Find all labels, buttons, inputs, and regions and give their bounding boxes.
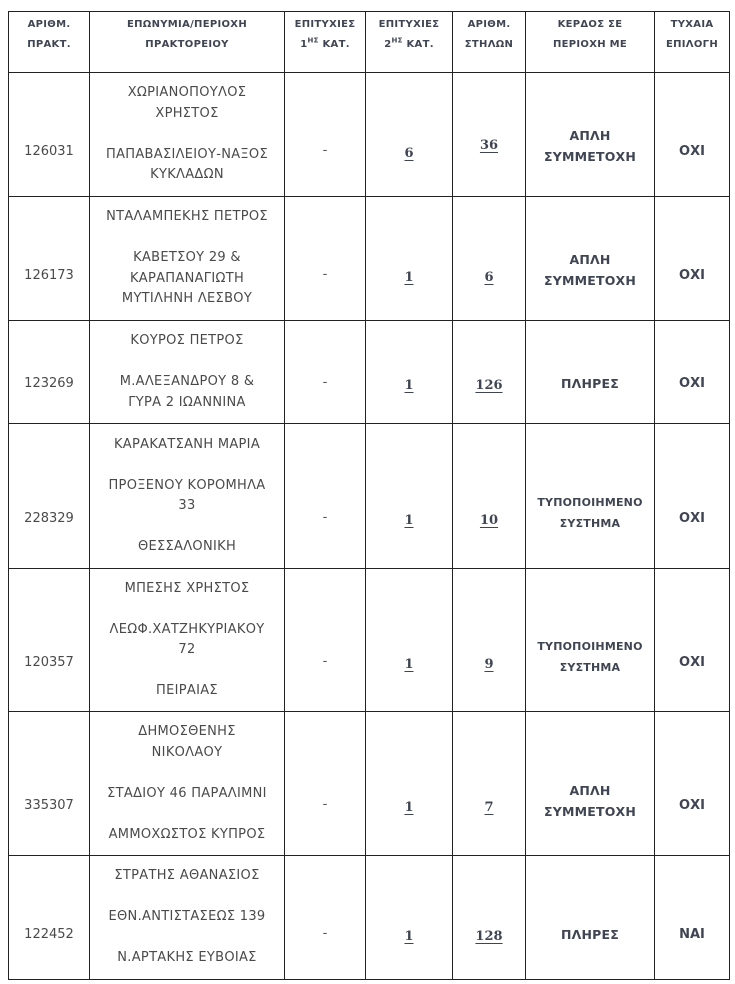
header-agency-code: ΑΡΙΘΜ. ΠΡΑΚΤ. <box>9 12 90 73</box>
agency-address-line: ΑΜΜΟΧΩΣΤΟΣ ΚΥΠΡΟΣ <box>94 825 280 846</box>
agency-address-line: ΚΑΡΑΠΑΝΑΓΙΩΤΗ <box>94 269 280 290</box>
table-row: 126173ΝΤΑΛΑΜΠΕΚΗΣ ΠΕΤΡΟΣΚΑΒΕΤΣΟΥ 29 &ΚΑΡ… <box>9 197 730 321</box>
column-count-link[interactable]: 9 <box>484 657 493 672</box>
agency-address-line: ΚΥΚΛΑΔΩΝ <box>94 165 280 186</box>
gain-type-cell: ΑΠΛΗΣΥΜΜΕΤΟΧΗ <box>526 197 655 321</box>
column-count-link[interactable]: 10 <box>480 513 498 528</box>
gain-type: ΣΥΣΤΗΜΑ <box>530 513 650 534</box>
agency-address-line: ΛΕΩΦ.ΧΑΤΖΗΚΥΡΙΑΚΟΥ <box>94 620 280 641</box>
first-category-wins: - <box>323 375 328 390</box>
agency-name-cell: ΧΩΡΙΑΝΟΠΟΥΛΟΣΧΡΗΣΤΟΣΠΑΠΑΒΑΣΙΛΕΙΟΥ-ΝΑΞΟΣΚ… <box>90 73 285 197</box>
table-row: 228329ΚΑΡΑΚΑΤΣΑΝΗ ΜΑΡΙΑΠΡΟΞΕΝΟΥ ΚΟΡΟΜΗΛΑ… <box>9 424 730 569</box>
agency-address-line: ΜΥΤΙΛΗΝΗ ΛΕΣΒΟΥ <box>94 289 280 310</box>
second-category-wins-link[interactable]: 1 <box>404 513 413 528</box>
agency-name: ΔΗΜΟΣΘΕΝΗΣ <box>94 722 280 743</box>
line-gap <box>94 599 280 620</box>
agency-code-cell: 228329 <box>9 424 90 569</box>
second-category-wins-cell: 1 <box>366 569 453 712</box>
agency-code-cell: 120357 <box>9 569 90 712</box>
second-category-wins-cell: 1 <box>366 197 453 321</box>
gain-type: ΤΥΠΟΠΟΙΗΜΕΝΟ <box>530 636 650 657</box>
agency-code-cell: 123269 <box>9 321 90 424</box>
first-category-wins-cell: - <box>285 73 366 197</box>
header-agency-name: ΕΠΩΝΥΜΙΑ/ΠΕΡΙΟΧΗ ΠΡΑΚΤΟΡΕΙΟΥ <box>90 12 285 73</box>
gain-type: ΠΛΗΡΕΣ <box>530 373 650 394</box>
random-pick-cell: ΟΧΙ <box>655 424 730 569</box>
random-pick-cell: ΟΧΙ <box>655 712 730 856</box>
table-row: 126031ΧΩΡΙΑΝΟΠΟΥΛΟΣΧΡΗΣΤΟΣΠΑΠΑΒΑΣΙΛΕΙΟΥ-… <box>9 73 730 197</box>
column-count-cell: 10 <box>453 424 526 569</box>
random-pick: ΟΧΙ <box>679 376 705 391</box>
agency-name-cell: ΚΟΥΡΟΣ ΠΕΤΡΟΣΜ.ΑΛΕΞΑΝΔΡΟΥ 8 &ΓΥΡΑ 2 ΙΩΑΝ… <box>90 321 285 424</box>
gain-type-cell: ΑΠΛΗΣΥΜΜΕΤΟΧΗ <box>526 73 655 197</box>
agency-name-cell: ΜΠΕΣΗΣ ΧΡΗΣΤΟΣΛΕΩΦ.ΧΑΤΖΗΚΥΡΙΑΚΟΥ72ΠΕΙΡΑΙ… <box>90 569 285 712</box>
agency-name-cell: ΚΑΡΑΚΑΤΣΑΝΗ ΜΑΡΙΑΠΡΟΞΕΝΟΥ ΚΟΡΟΜΗΛΑ33ΘΕΣΣ… <box>90 424 285 569</box>
gain-type: ΣΥΜΜΕΤΟΧΗ <box>530 270 650 291</box>
agency-code: 335307 <box>24 798 74 813</box>
table-row: 120357ΜΠΕΣΗΣ ΧΡΗΣΤΟΣΛΕΩΦ.ΧΑΤΖΗΚΥΡΙΑΚΟΥ72… <box>9 569 730 712</box>
column-count-cell: 128 <box>453 856 526 980</box>
gain-type: ΑΠΛΗ <box>530 125 650 146</box>
agency-name: ΚΑΡΑΚΑΤΣΑΝΗ ΜΑΡΙΑ <box>94 435 280 456</box>
gain-type: ΤΥΠΟΠΟΙΗΜΕΝΟ <box>530 492 650 513</box>
table-row: 123269ΚΟΥΡΟΣ ΠΕΤΡΟΣΜ.ΑΛΕΞΑΝΔΡΟΥ 8 &ΓΥΡΑ … <box>9 321 730 424</box>
header-second-category-wins: ΕΠΙΤΥΧΙΕΣ 2ΗΣ ΚΑΤ. <box>366 12 453 73</box>
first-category-wins: - <box>323 143 328 158</box>
random-pick-cell: ΟΧΙ <box>655 569 730 712</box>
column-count-cell: 6 <box>453 197 526 321</box>
column-count-link[interactable]: 36 <box>480 138 498 153</box>
line-gap <box>94 804 280 825</box>
second-category-wins-link[interactable]: 1 <box>404 657 413 672</box>
first-category-wins-cell: - <box>285 424 366 569</box>
agency-code: 126031 <box>24 144 74 159</box>
column-count-cell: 126 <box>453 321 526 424</box>
first-category-wins: - <box>323 926 328 941</box>
line-gap <box>94 928 280 949</box>
gain-type: ΠΛΗΡΕΣ <box>530 924 650 945</box>
gain-type-cell: ΠΛΗΡΕΣ <box>526 321 655 424</box>
agency-code: 123269 <box>24 376 74 391</box>
gain-type-cell: ΤΥΠΟΠΟΙΗΜΕΝΟΣΥΣΤΗΜΑ <box>526 424 655 569</box>
agency-name: ΧΩΡΙΑΝΟΠΟΥΛΟΣ <box>94 83 280 104</box>
second-category-wins-link[interactable]: 6 <box>404 146 413 161</box>
header-first-category-wins: ΕΠΙΤΥΧΙΕΣ 1ΗΣ ΚΑΤ. <box>285 12 366 73</box>
agency-code-cell: 122452 <box>9 856 90 980</box>
column-count-link[interactable]: 7 <box>484 800 493 815</box>
gain-type: ΣΥΜΜΕΤΟΧΗ <box>530 146 650 167</box>
line-gap <box>94 517 280 538</box>
header-gain-type: ΚΕΡΔΟΣ ΣΕ ΠΕΡΙΟΧΗ ΜΕ <box>526 12 655 73</box>
random-pick-cell: ΟΧΙ <box>655 321 730 424</box>
agency-address-line: 72 <box>94 640 280 661</box>
second-category-wins-cell: 6 <box>366 73 453 197</box>
gain-type: ΣΥΣΤΗΜΑ <box>530 657 650 678</box>
second-category-wins-link[interactable]: 1 <box>404 378 413 393</box>
line-gap <box>94 455 280 476</box>
line-gap <box>94 228 280 249</box>
column-count-link[interactable]: 128 <box>475 929 502 944</box>
first-category-wins: - <box>323 797 328 812</box>
column-count-link[interactable]: 126 <box>475 378 502 393</box>
agency-code: 228329 <box>24 511 74 526</box>
agency-name: ΚΟΥΡΟΣ ΠΕΤΡΟΣ <box>94 331 280 352</box>
agency-address-line: 33 <box>94 496 280 517</box>
agency-name: ΝΤΑΛΑΜΠΕΚΗΣ ΠΕΤΡΟΣ <box>94 207 280 228</box>
gain-type-cell: ΤΥΠΟΠΟΙΗΜΕΝΟΣΥΣΤΗΜΑ <box>526 569 655 712</box>
agency-address-line: ΘΕΣΣΑΛΟΝΙΚΗ <box>94 537 280 558</box>
agency-address-line: ΠΑΠΑΒΑΣΙΛΕΙΟΥ-ΝΑΞΟΣ <box>94 145 280 166</box>
second-category-wins-cell: 1 <box>366 856 453 980</box>
first-category-wins-cell: - <box>285 569 366 712</box>
agency-address-line: ΠΡΟΞΕΝΟΥ ΚΟΡΟΜΗΛΑ <box>94 476 280 497</box>
agency-code: 122452 <box>24 927 74 942</box>
agency-code-cell: 126173 <box>9 197 90 321</box>
first-category-wins: - <box>323 267 328 282</box>
agency-address-line: ΓΥΡΑ 2 ΙΩΑΝΝΙΝΑ <box>94 393 280 414</box>
gain-type: ΣΥΜΜΕΤΟΧΗ <box>530 801 650 822</box>
agency-code: 126173 <box>24 268 74 283</box>
agency-name: ΣΤΡΑΤΗΣ ΑΘΑΝΑΣΙΟΣ <box>94 866 280 887</box>
random-pick: ΟΧΙ <box>679 511 705 526</box>
agency-address-line: ΚΑΒΕΤΣΟΥ 29 & <box>94 248 280 269</box>
second-category-wins-link[interactable]: 1 <box>404 270 413 285</box>
gain-type-cell: ΠΛΗΡΕΣ <box>526 856 655 980</box>
second-category-wins-cell: 1 <box>366 712 453 856</box>
second-category-wins-link[interactable]: 1 <box>404 929 413 944</box>
random-pick: ΟΧΙ <box>679 144 705 159</box>
random-pick-cell: ΟΧΙ <box>655 73 730 197</box>
table-row: 335307ΔΗΜΟΣΘΕΝΗΣΝΙΚΟΛΑΟΥΣΤΑΔΙΟΥ 46 ΠΑΡΑΛ… <box>9 712 730 856</box>
line-gap <box>94 124 280 145</box>
first-category-wins-cell: - <box>285 856 366 980</box>
line-gap <box>94 763 280 784</box>
agency-address-line: ΧΡΗΣΤΟΣ <box>94 104 280 125</box>
second-category-wins-cell: 1 <box>366 424 453 569</box>
header-random-pick: ΤΥΧΑΙΑ ΕΠΙΛΟΓΗ <box>655 12 730 73</box>
table-body: 126031ΧΩΡΙΑΝΟΠΟΥΛΟΣΧΡΗΣΤΟΣΠΑΠΑΒΑΣΙΛΕΙΟΥ-… <box>9 73 730 980</box>
first-category-wins-cell: - <box>285 712 366 856</box>
column-count-cell: 7 <box>453 712 526 856</box>
line-gap <box>94 352 280 373</box>
agency-name: ΜΠΕΣΗΣ ΧΡΗΣΤΟΣ <box>94 579 280 600</box>
gain-type-cell: ΑΠΛΗΣΥΜΜΕΤΟΧΗ <box>526 712 655 856</box>
line-gap <box>94 887 280 908</box>
first-category-wins-cell: - <box>285 197 366 321</box>
agency-address-line: Ν.ΑΡΤΑΚΗΣ ΕΥΒΟΙΑΣ <box>94 948 280 969</box>
agency-name-cell: ΝΤΑΛΑΜΠΕΚΗΣ ΠΕΤΡΟΣΚΑΒΕΤΣΟΥ 29 &ΚΑΡΑΠΑΝΑΓ… <box>90 197 285 321</box>
first-category-wins: - <box>323 510 328 525</box>
agency-code-cell: 126031 <box>9 73 90 197</box>
first-category-wins-cell: - <box>285 321 366 424</box>
agency-address-line: ΕΘΝ.ΑΝΤΙΣΤΑΣΕΩΣ 139 <box>94 907 280 928</box>
gain-type: ΑΠΛΗ <box>530 780 650 801</box>
random-pick-cell: ΟΧΙ <box>655 197 730 321</box>
agency-address-line: ΠΕΙΡΑΙΑΣ <box>94 681 280 702</box>
agency-address-line: Μ.ΑΛΕΞΑΝΔΡΟΥ 8 & <box>94 372 280 393</box>
agency-name-cell: ΣΤΡΑΤΗΣ ΑΘΑΝΑΣΙΟΣΕΘΝ.ΑΝΤΙΣΤΑΣΕΩΣ 139Ν.ΑΡ… <box>90 856 285 980</box>
agency-address-line: ΝΙΚΟΛΑΟΥ <box>94 743 280 764</box>
table-row: 122452ΣΤΡΑΤΗΣ ΑΘΑΝΑΣΙΟΣΕΘΝ.ΑΝΤΙΣΤΑΣΕΩΣ 1… <box>9 856 730 980</box>
second-category-wins-link[interactable]: 1 <box>404 800 413 815</box>
line-gap <box>94 661 280 682</box>
random-pick: ΝΑΙ <box>679 927 705 942</box>
random-pick: ΟΧΙ <box>679 268 705 283</box>
agency-code-cell: 335307 <box>9 712 90 856</box>
agency-code: 120357 <box>24 655 74 670</box>
agency-address-line: ΣΤΑΔΙΟΥ 46 ΠΑΡΑΛΙΜΝΙ <box>94 784 280 805</box>
random-pick-cell: ΝΑΙ <box>655 856 730 980</box>
column-count-cell: 36 <box>453 73 526 197</box>
random-pick: ΟΧΙ <box>679 798 705 813</box>
column-count-link[interactable]: 6 <box>484 270 493 285</box>
column-count-cell: 9 <box>453 569 526 712</box>
agency-name-cell: ΔΗΜΟΣΘΕΝΗΣΝΙΚΟΛΑΟΥΣΤΑΔΙΟΥ 46 ΠΑΡΑΛΙΜΝΙΑΜ… <box>90 712 285 856</box>
winners-table: ΑΡΙΘΜ. ΠΡΑΚΤ. ΕΠΩΝΥΜΙΑ/ΠΕΡΙΟΧΗ ΠΡΑΚΤΟΡΕΙ… <box>8 11 730 980</box>
random-pick: ΟΧΙ <box>679 655 705 670</box>
first-category-wins: - <box>323 654 328 669</box>
second-category-wins-cell: 1 <box>366 321 453 424</box>
gain-type: ΑΠΛΗ <box>530 249 650 270</box>
header-column-count: ΑΡΙΘΜ. ΣΤΗΛΩΝ <box>453 12 526 73</box>
header-row: ΑΡΙΘΜ. ΠΡΑΚΤ. ΕΠΩΝΥΜΙΑ/ΠΕΡΙΟΧΗ ΠΡΑΚΤΟΡΕΙ… <box>9 12 730 73</box>
